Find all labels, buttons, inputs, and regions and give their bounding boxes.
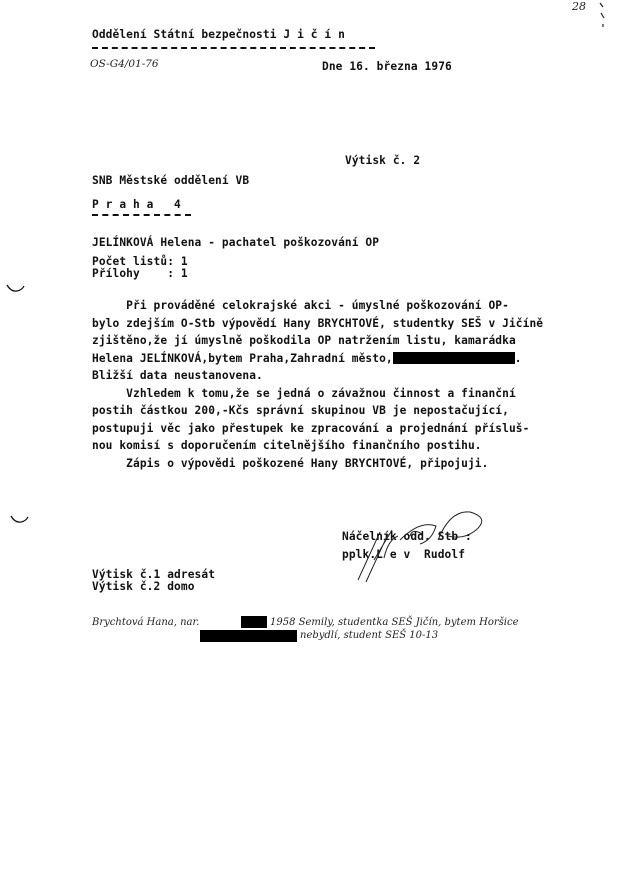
body-text: Při prováděné celokrajské akci - úmyslné… [92, 297, 552, 472]
appendix-count: Přílohy : 1 [92, 267, 188, 280]
redacted-address-2 [200, 630, 297, 642]
recipient-line-1: SNB Městské oddělení VB [92, 174, 249, 187]
body-line: Bližší data neustanovena. [92, 367, 552, 385]
body-line: zjištěno,že jí úmyslně poškodila OP natr… [92, 332, 552, 350]
distribution-2: Výtisk č.2 domo [92, 580, 195, 593]
department-heading: Oddělení Státní bezpečnosti J i č í n [92, 28, 345, 41]
body-line: Helena JELÍNKOVÁ,bytem Praha,Zahradní mě… [92, 350, 552, 368]
body-line: Při prováděné celokrajské akci - úmyslné… [92, 297, 552, 315]
body-line: postupuji věc jako přestupek ke zpracová… [92, 420, 552, 438]
punch-hole-mark [6, 284, 26, 294]
redacted-address [393, 352, 515, 364]
page-number: 28 [572, 0, 586, 13]
body-line: bylo zdejším O-Stb výpovědí Hany BRYCHTO… [92, 315, 552, 333]
margin-marks [598, 2, 610, 28]
reference-number: OS-G4/01-76 [90, 58, 159, 70]
document-date: Dne 16. března 1976 [322, 60, 452, 73]
document-page: 28 Oddělení Státní bezpečnosti J i č í n… [0, 0, 622, 886]
handwritten-signature [340, 500, 500, 585]
handwritten-note-2: nebydlí, student SEŠ 10-13 [300, 630, 438, 641]
body-line: nou komisí s doporučením citelnějšího fi… [92, 437, 552, 455]
body-line: postih částkou 200,-Kčs správní skupinou… [92, 402, 552, 420]
handwritten-note-1a: Brychtová Hana, nar. [92, 617, 199, 628]
recipient-underline [92, 214, 191, 219]
punch-hole-mark [10, 515, 30, 525]
recipient-line-2: P r a h a 4 [92, 198, 181, 211]
heading-underline [92, 47, 375, 52]
body-line: Zápis o výpovědi poškozené Hany BRYCHTOV… [92, 455, 552, 473]
subject-line: JELÍNKOVÁ Helena - pachatel poškozování … [92, 236, 379, 249]
handwritten-note-1b: 1958 Semily, studentka SEŠ Jičín, bytem … [270, 617, 519, 628]
copy-label: Výtisk č. 2 [345, 154, 420, 167]
redacted-birthdate [241, 616, 267, 628]
body-line: Vzhledem k tomu,že se jedná o závažnou č… [92, 385, 552, 403]
